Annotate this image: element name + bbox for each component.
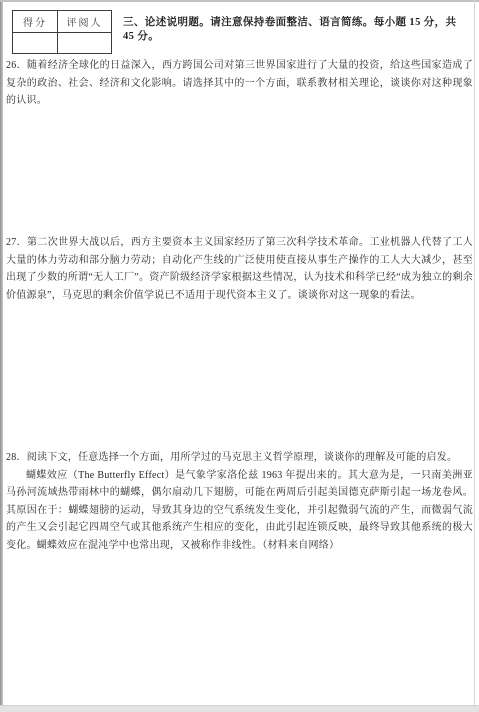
section-heading: 三、论述说明题。请注意保持卷面整洁、语言简练。每小题 15 分，共 45 分。 — [123, 16, 468, 44]
question-28-passage: 蝴蝶效应（The Butterfly Effect）是气象学家洛伦兹 1963 … — [6, 467, 473, 555]
reviewer-header-cell: 评阅人 — [58, 11, 112, 33]
scan-edge-top — [0, 0, 479, 2]
question-26: 26．随着经济全球化的日益深入，西方跨国公司对第三世界国家进行了大量的投资，给这… — [6, 57, 473, 110]
question-26-text: 26．随着经济全球化的日益深入，西方跨国公司对第三世界国家进行了大量的投资，给这… — [6, 57, 473, 110]
question-28-intro: 28．阅读下文，任意选择一个方面，用所学过的马克思主义哲学原理，谈谈你的理解及可… — [6, 449, 473, 467]
score-table: 得分 评阅人 — [12, 10, 112, 54]
scan-edge-bottom — [0, 705, 479, 712]
scan-edge-left — [0, 0, 3, 712]
scan-edge-right — [474, 0, 475, 712]
question-28: 28．阅读下文，任意选择一个方面，用所学过的马克思主义哲学原理，谈谈你的理解及可… — [6, 449, 473, 554]
score-header-cell: 得分 — [13, 11, 58, 33]
score-value-cell — [13, 33, 58, 54]
question-27-text: 27．第二次世界大战以后，西方主要资本主义国家经历了第三次科学技术革命。工业机器… — [6, 234, 473, 304]
exam-page: 得分 评阅人 三、论述说明题。请注意保持卷面整洁、语言简练。每小题 15 分，共… — [0, 0, 479, 712]
reviewer-value-cell — [58, 33, 112, 54]
question-27: 27．第二次世界大战以后，西方主要资本主义国家经历了第三次科学技术革命。工业机器… — [6, 234, 473, 304]
